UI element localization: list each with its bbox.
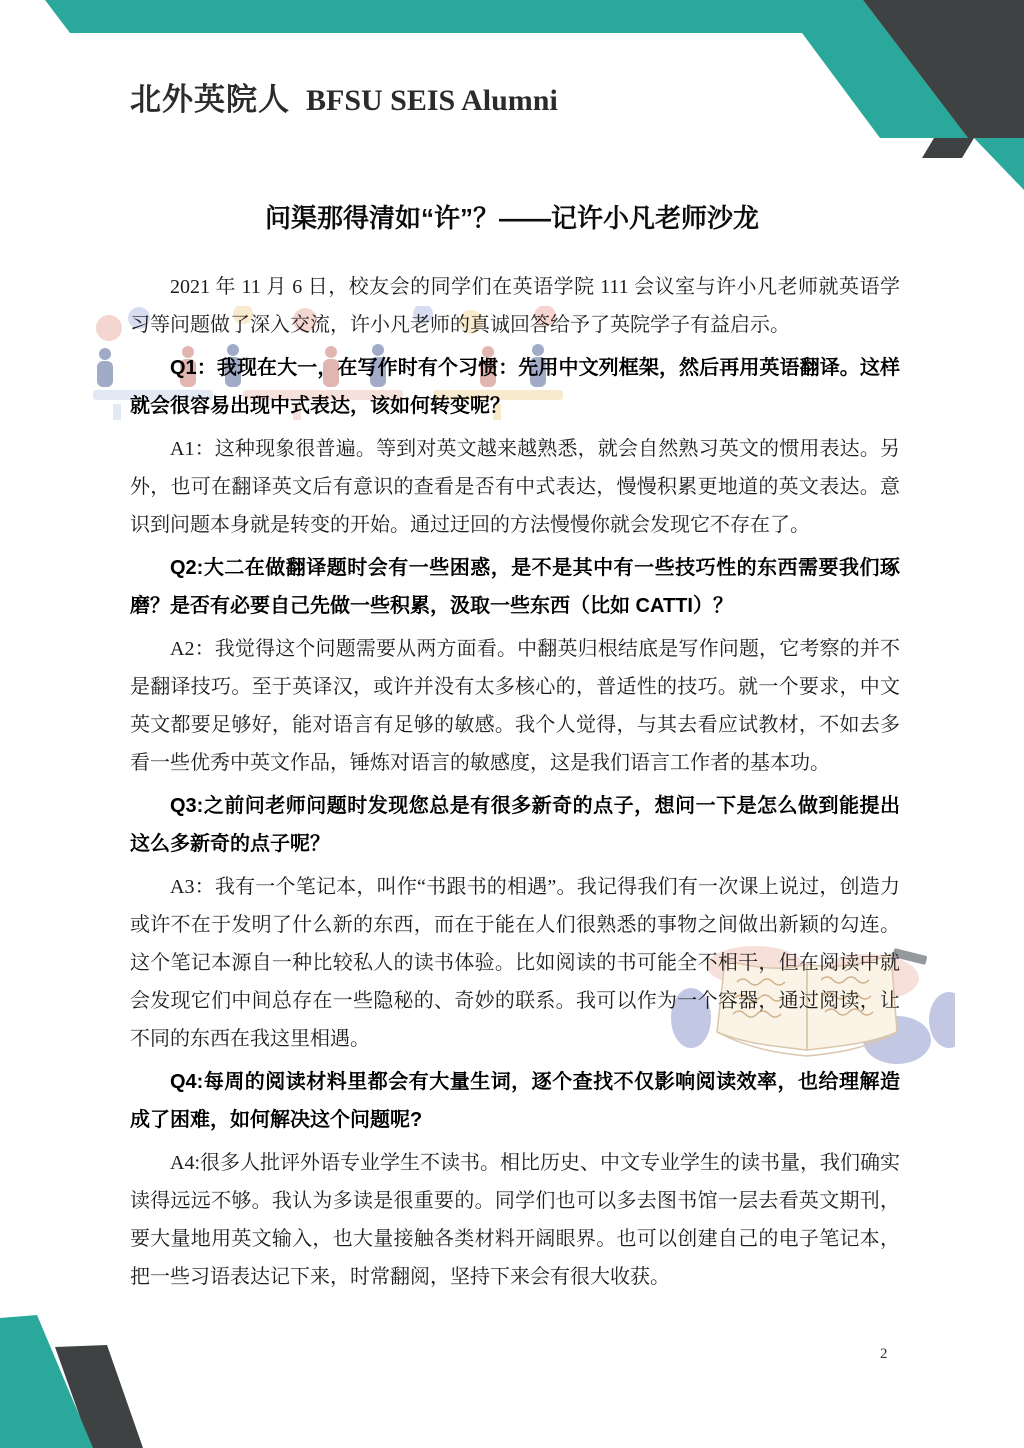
page-number: 2	[880, 1346, 888, 1363]
intro-paragraph: 2021 年 11 月 6 日，校友会的同学们在英语学院 111 会议室与许小凡…	[130, 268, 900, 344]
question-3: Q3:之前问老师问题时发现您总是有很多新奇的点子，想问一下是怎么做到能提出这么多…	[130, 787, 900, 863]
speech-bubble-icon	[96, 315, 122, 341]
question-2: Q2:大二在做翻译题时会有一些困惑，是不是其中有一些技巧性的东西需要我们琢磨？是…	[130, 549, 900, 625]
answer-4: A4:很多人批评外语专业学生不读书。相比历史、中文专业学生的读书量，我们确实读得…	[130, 1144, 900, 1296]
answer-1: A1：这种现象很普遍。等到对英文越来越熟悉，就会自然熟习英文的惯用表达。另外，也…	[130, 430, 900, 544]
answer-2: A2：我觉得这个问题需要从两方面看。中翻英归根结底是写作问题，它考察的并不是翻译…	[130, 630, 900, 782]
masthead-title-cn: 北外英院人	[130, 82, 290, 117]
question-4: Q4:每周的阅读材料里都会有大量生词，逐个查找不仅影响阅读效率，也给理解造成了困…	[130, 1063, 900, 1139]
charcoal-small-shape	[922, 138, 974, 158]
lavender-blob	[929, 992, 955, 1048]
teal-wedge-shape	[974, 138, 1024, 190]
article-body: 2021 年 11 月 6 日，校友会的同学们在英语学院 111 会议室与许小凡…	[130, 268, 900, 1301]
answer-3: A3：我有一个笔记本，叫作“书跟书的相遇”。我记得我们有一次课上说过，创造力或许…	[130, 868, 900, 1058]
question-1: Q1：我现在大一，在写作时有个习惯：先用中文列框架，然后再用英语翻译。这样就会很…	[130, 349, 900, 425]
masthead-title-en: BFSU SEIS Alumni	[306, 84, 558, 117]
masthead: 北外英院人 BFSU SEIS Alumni	[130, 74, 558, 119]
article-title: 问渠那得清如“许”？——记许小凡老师沙龙	[0, 198, 1024, 235]
bottom-corner-decoration	[0, 1310, 200, 1448]
document-page: 北外英院人 BFSU SEIS Alumni	[0, 0, 1024, 1448]
